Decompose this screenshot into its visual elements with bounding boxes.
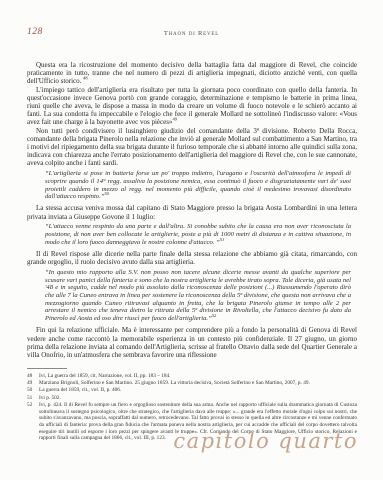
footnote-item: 51 Ivi p. 502.	[27, 395, 357, 402]
quote-text: “In questo mio rapporto alla S.V. non po…	[45, 269, 351, 322]
running-header: Thaon di Revel	[27, 30, 356, 37]
footnote-number: 49	[27, 380, 39, 387]
footnote-number: 51	[27, 395, 39, 402]
paragraph: Fin qui la relazione ufficiale. Ma è int…	[27, 326, 357, 359]
footnote-text: La guerra del 1859, cit., vol. II, p. 40…	[39, 387, 357, 394]
quote-text: “L'artiglieria si pose in batteria forse…	[45, 170, 351, 200]
paragraph: Il di Revel rispose alle dicerie nella p…	[27, 250, 357, 266]
footnote-number: 48	[27, 373, 39, 380]
block-quote: “L'attacco venne respinto da una parte e…	[45, 223, 351, 246]
paragraph: La stessa accusa veniva mossa dal capita…	[27, 204, 357, 220]
body-text: Questa era la ricostruzione del momento …	[27, 61, 357, 359]
paragraph-text: L'impiego tattico dell'artiglieria era r…	[27, 86, 357, 127]
quote-text: “L'attacco venne respinto da una parte e…	[45, 223, 351, 245]
paragraph-text: Il di Revel rispose alle dicerie nella p…	[27, 250, 357, 266]
paragraph: Questa era la ricostruzione del momento …	[27, 61, 357, 86]
book-page: 128 Thaon di Revel Questa era la ricostr…	[0, 0, 383, 480]
footnote-text: Ivi, La guerra del 1859, cit, Narrazione…	[39, 373, 357, 380]
footnote-number: 52	[27, 402, 39, 442]
footnote-number: 50	[27, 387, 39, 394]
paragraph-text: La stessa accusa veniva mossa dal capita…	[27, 204, 357, 220]
page-header: 128 Thaon di Revel	[27, 27, 356, 41]
paragraph-text: Fin qui la relazione ufficiale. Ma è int…	[27, 326, 357, 359]
block-quote: “L'artiglieria si pose in batteria forse…	[45, 170, 351, 201]
footnote-marker: 51	[220, 237, 225, 242]
footnote-item: 50 La guerra del 1859, cit., vol. II, p.…	[27, 387, 357, 394]
footnote-marker: 52	[212, 313, 217, 318]
chapter-label: capitolo quarto	[173, 429, 358, 453]
paragraph: L'impiego tattico dell'artiglieria era r…	[27, 86, 357, 127]
paragraph-text: Questa era la ricostruzione del momento …	[27, 61, 357, 85]
paragraph-text: Non tutti però condivisero il lusinghier…	[27, 127, 357, 168]
footnote-marker: 48	[83, 76, 88, 81]
footnote-item: 49 Marziano Brignoli, Solferino e San Ma…	[27, 380, 357, 387]
footnote-marker: 50	[104, 191, 109, 196]
footnote-text: Ivi p. 502.	[39, 395, 357, 402]
footnote-marker: 49	[172, 117, 177, 122]
paragraph: Non tutti però condivisero il lusinghier…	[27, 127, 357, 168]
block-quote: “In questo mio rapporto alla S.V. non po…	[45, 269, 351, 323]
footnote-separator	[27, 368, 67, 369]
footnote-text: Marziano Brignoli, Solferino e San Marti…	[39, 380, 357, 387]
footnote-item: 48 Ivi, La guerra del 1859, cit, Narrazi…	[27, 373, 357, 380]
